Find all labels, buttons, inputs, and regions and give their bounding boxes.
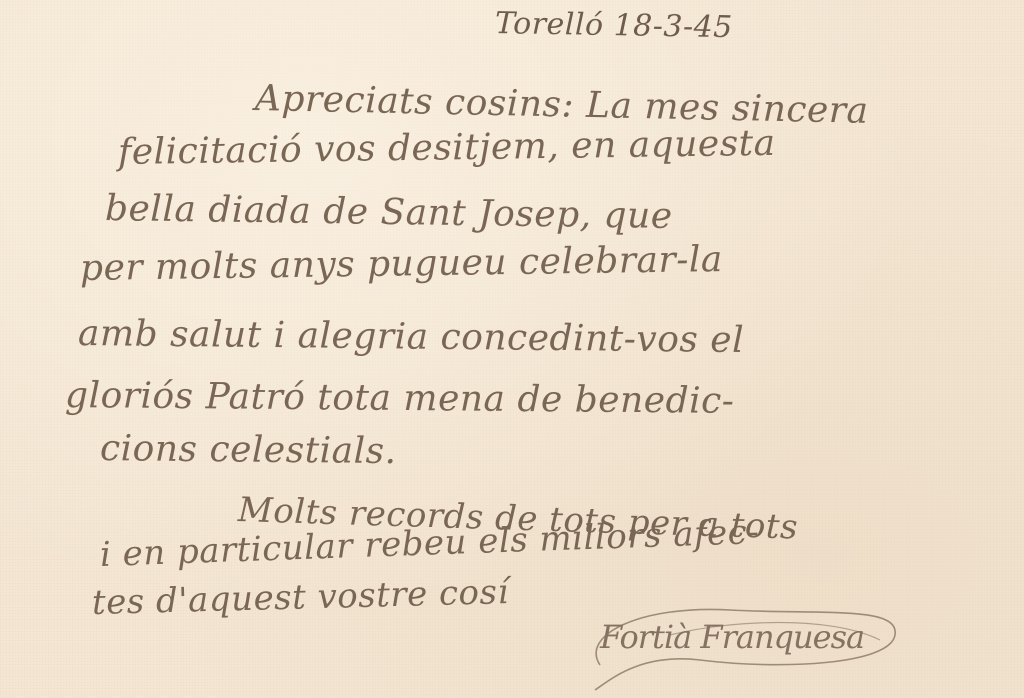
letter-line-3: bella diada de Sant Josep, que	[105, 188, 673, 237]
handwritten-postcard: Torelló 18-3-45 Apreciats cosins: La mes…	[0, 0, 1024, 698]
letter-line-2: felicitació vos desitjem, en aquesta	[118, 123, 776, 173]
letter-line-5: amb salut i alegria concedint-vos el	[78, 313, 745, 361]
letter-line-10: tes d'aquest vostre cosí	[91, 572, 509, 623]
signature: Fortià Franquesa	[600, 618, 864, 656]
letter-line-7: cions celestials.	[100, 428, 397, 472]
letter-line-6: gloriós Patró tota mena de benedic-	[65, 375, 735, 422]
letter-line-4: per molts anys pugueu celebrar-la	[80, 239, 723, 289]
letter-line-1: Apreciats cosins: La mes sincera	[255, 78, 869, 132]
letter-date: Torelló 18-3-45	[495, 6, 733, 45]
